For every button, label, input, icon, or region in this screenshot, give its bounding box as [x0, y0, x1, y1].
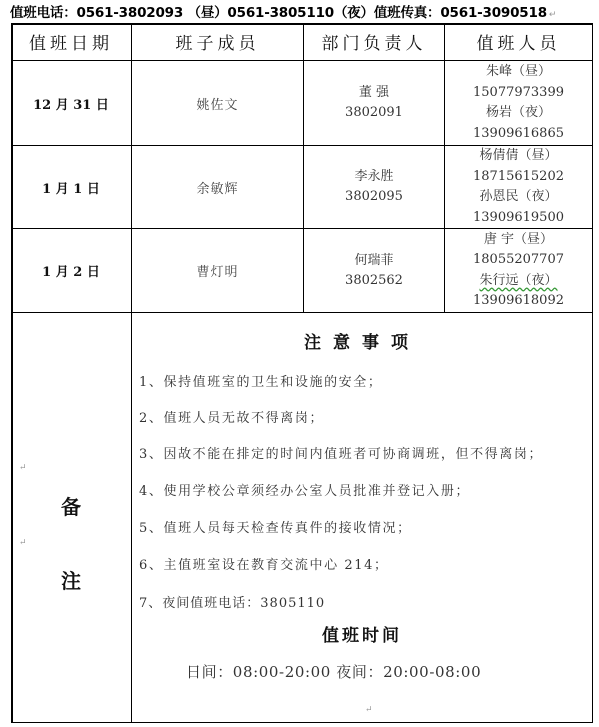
note-item: 5、值班人员每天检查传真件的接收情况；	[139, 517, 412, 536]
night-duty-name: 孙恩民（夜）	[479, 187, 557, 208]
lead-phone: 3802095	[345, 187, 403, 207]
note-item: 2、值班人员无故不得离岗；	[139, 407, 324, 426]
note-item: 4、使用学校公章须经办公室人员批准并登记入册；	[139, 480, 470, 499]
night-duty-name: 朱行远（夜）	[479, 271, 557, 292]
paragraph-mark-icon: ↵	[19, 463, 27, 473]
column-header-lead: 部门负责人	[304, 23, 444, 60]
note-item: 6、主值班室设在教育交流中心 214；	[139, 554, 389, 573]
member-name: 姚佐文	[196, 94, 238, 113]
column-header-label: 值班人员	[477, 29, 561, 54]
duty-schedule-table: 值班日期 班子成员 部门负责人 值班人员 12 月 31 日 姚佐文 董 强 3…	[11, 23, 593, 723]
duty-time-text: 日间：08:00-20:00 夜间：20:00-08:00	[186, 661, 481, 682]
night-duty-phone: 13909616865	[473, 124, 564, 145]
remarks-section: ↵ 备 ↵ 注 注意事项 1、保持值班室的卫生和设施的安全； 2、值班人员无故不…	[11, 313, 593, 722]
lead-name: 何瑞菲	[354, 251, 393, 271]
note-item: 7、夜间值班电话：3805110	[139, 592, 325, 611]
night-duty-phone: 13909619500	[473, 208, 564, 229]
member-name: 余敏辉	[196, 178, 238, 197]
column-header-label: 值班日期	[29, 29, 113, 54]
table-row-lead: 何瑞菲 3802562	[304, 229, 444, 312]
note-item: 1、保持值班室的卫生和设施的安全；	[139, 371, 382, 390]
column-header-date: 值班日期	[11, 23, 131, 60]
table-row-lead: 董 强 3802091	[304, 61, 444, 145]
remarks-label-top: 备	[61, 491, 81, 520]
duty-contact-text: 值班电话：0561-3802093 （昼）0561-3805110（夜）值班传真…	[10, 5, 547, 21]
duty-contact-header: 值班电话：0561-3802093 （昼）0561-3805110（夜）值班传真…	[10, 1, 556, 21]
table-row-date: 1 月 1 日	[11, 146, 131, 228]
day-duty-phone: 18715615202	[473, 167, 564, 188]
day-duty-phone: 18055207707	[473, 250, 564, 271]
column-header-label: 班子成员	[176, 29, 260, 54]
date-value: 1 月 1 日	[42, 178, 100, 197]
table-row-member: 姚佐文	[132, 61, 303, 145]
column-header-label: 部门负责人	[322, 29, 427, 54]
table-row-duty: 朱峰（昼） 15077973399 杨岩（夜） 13909616865	[445, 61, 592, 145]
lead-phone: 3802562	[345, 271, 403, 291]
lead-name: 李永胜	[354, 167, 393, 187]
member-name: 曹灯明	[196, 261, 238, 280]
lead-name: 董 强	[359, 83, 389, 103]
note-item: 3、因故不能在排定的时间内值班者可协商调班，但不得离岗；	[139, 443, 543, 462]
day-duty-name: 唐 宇（昼）	[484, 230, 553, 251]
night-duty-phone: 13909618092	[473, 291, 564, 312]
paragraph-mark-icon: ↵	[549, 10, 556, 20]
paragraph-mark-icon: ↵	[19, 538, 27, 548]
date-value: 12 月 31 日	[33, 94, 109, 113]
table-row-member: 曹灯明	[132, 229, 303, 312]
table-row-duty: 杨倩倩（昼） 18715615202 孙恩民（夜） 13909619500	[445, 146, 592, 228]
night-duty-name: 杨岩（夜）	[486, 103, 551, 124]
duty-time-title: 值班时间	[131, 621, 593, 646]
table-row-lead: 李永胜 3802095	[304, 146, 444, 228]
paragraph-mark-icon: ↵	[365, 705, 373, 715]
table-row-member: 余敏辉	[132, 146, 303, 228]
notes-title: 注意事项	[131, 328, 593, 353]
column-header-member: 班子成员	[132, 23, 303, 60]
table-row-date: 12 月 31 日	[11, 61, 131, 145]
date-value: 1 月 2 日	[42, 261, 100, 280]
column-header-duty: 值班人员	[445, 23, 592, 60]
day-duty-name: 朱峰（昼）	[486, 62, 551, 83]
remarks-label-bottom: 注	[61, 565, 81, 594]
day-duty-name: 杨倩倩（昼）	[479, 146, 557, 167]
day-duty-phone: 15077973399	[473, 83, 564, 104]
table-row-duty: 唐 宇（昼） 18055207707 朱行远（夜） 13909618092	[445, 229, 592, 312]
table-row-date: 1 月 2 日	[11, 229, 131, 312]
lead-phone: 3802091	[345, 103, 403, 123]
